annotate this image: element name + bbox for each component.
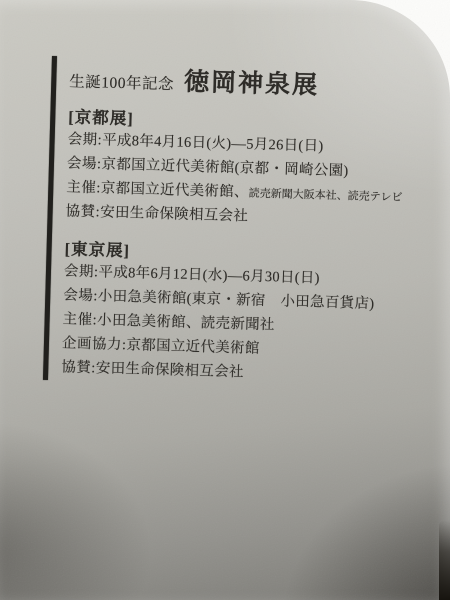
page-title: 徳岡神泉展 xyxy=(184,62,320,102)
row-value: 安田生命保険相互会社 xyxy=(100,204,248,224)
printed-colophon-block: 生誕100年記念 徳岡神泉展 [京都展] 会期:平成8年4月16日(火)—5月2… xyxy=(43,56,412,390)
row-label: 会期: xyxy=(67,131,102,148)
row-label: 会場: xyxy=(67,155,102,172)
section-tokyo: [東京展] 会期:平成8年6月12日(水)—6月30日(日) 会場:小田急美術館… xyxy=(61,237,407,389)
row-label: 会場: xyxy=(63,287,98,304)
row-value: 平成8年4月16日(火)—5月26日(日) xyxy=(102,132,324,154)
section-kyoto: [京都展] 会期:平成8年4月16日(火)—5月26日(日) 会場:京都国立近代… xyxy=(65,105,410,234)
row-value: 京都国立近代美術館(京都・岡崎公園) xyxy=(101,156,348,179)
row-value: 平成8年6月12日(水)—6月30日(日) xyxy=(98,264,320,286)
vertical-rule xyxy=(43,56,57,380)
row-label: 協賛: xyxy=(65,203,100,220)
row-value: 小田急美術館、読売新聞社 xyxy=(97,312,275,333)
row-label: 協賛: xyxy=(61,359,96,376)
title-prefix: 生誕100年記念 xyxy=(69,69,174,94)
title-line: 生誕100年記念 徳岡神泉展 xyxy=(69,59,412,105)
page-edge-shadow xyxy=(439,520,450,600)
row-label: 企画協力: xyxy=(62,335,127,353)
row-label: 主催: xyxy=(62,311,97,328)
book-page: 生誕100年記念 徳岡神泉展 [京都展] 会期:平成8年4月16日(火)—5月2… xyxy=(0,0,450,600)
row-value: 安田生命保険相互会社 xyxy=(96,360,244,380)
row-label: 主催: xyxy=(66,179,101,196)
colophon-text: 生誕100年記念 徳岡神泉展 [京都展] 会期:平成8年4月16日(火)—5月2… xyxy=(61,57,412,390)
row-value-small: 読売新聞大阪本社、読売テレビ xyxy=(249,188,403,204)
row-value: 京都国立近代美術館 xyxy=(126,337,260,357)
row-value: 小田急美術館(東京・新宿 小田急百貨店) xyxy=(98,288,375,312)
row-value: 京都国立近代美術館、 xyxy=(101,180,249,200)
photo-of-book-page: 生誕100年記念 徳岡神泉展 [京都展] 会期:平成8年4月16日(火)—5月2… xyxy=(0,0,450,600)
row-label: 会期: xyxy=(64,263,99,280)
